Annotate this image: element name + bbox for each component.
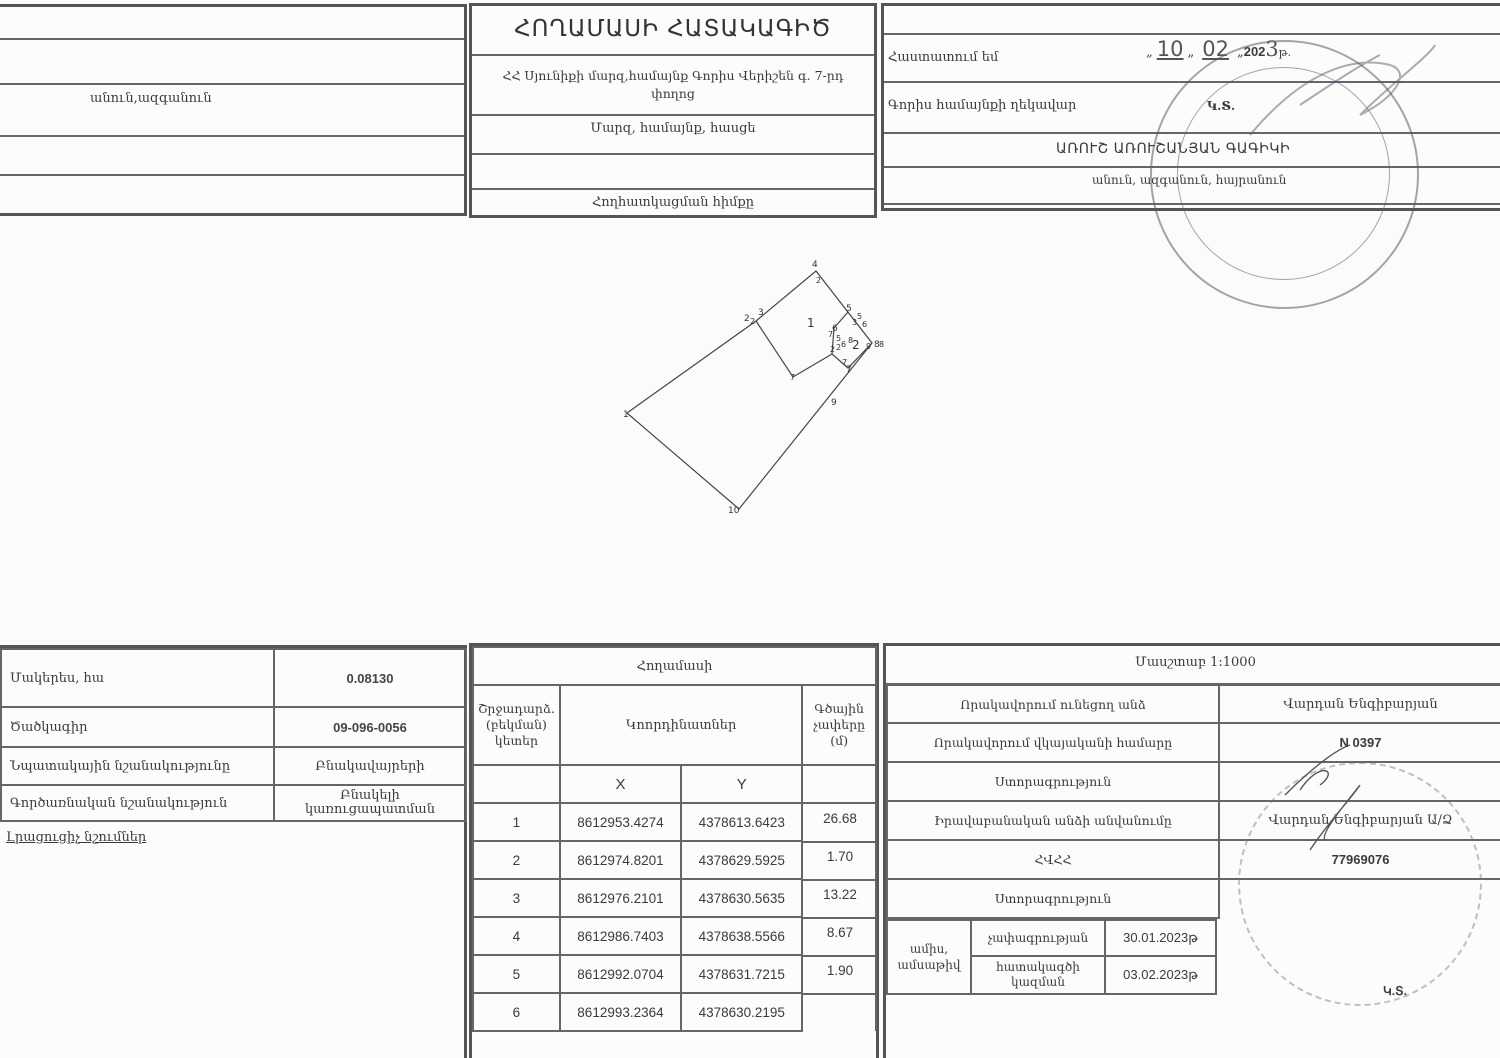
vertex-sub-label: 6 (841, 340, 846, 349)
plan-date: 03.02.2023թ (1105, 956, 1216, 994)
coord-y-cell: 4378630.5635 (681, 879, 802, 917)
cert-value: Վարդան Ենգիբարյան (1219, 685, 1500, 723)
col-x-header: X (560, 765, 681, 803)
table-row: Ստորագրություն (887, 879, 1500, 918)
seal-mark: Կ.Տ. (1207, 99, 1235, 113)
col-lengths-header: Գծային չափերը (մ) (802, 685, 876, 765)
coord-point-cell: 2 (473, 841, 560, 879)
coord-x-cell: 8612986.7403 (560, 917, 681, 955)
table-row: Ծածկագիր 09-096-0056 (1, 707, 466, 747)
table-row: Նպատակային նշանակությունը Բնակավայրերի (1, 747, 466, 785)
table-row: Որակավորում ունեցող անձՎարդան Ենգիբարյան (887, 685, 1500, 723)
parcel-plan: 1234567891012223567567892278 (600, 255, 910, 525)
divider (803, 917, 877, 919)
vertex-sub-label: 2 (816, 276, 821, 285)
parcel-number-label: 1 (807, 316, 815, 330)
head-label: Գորիս համայնքի ղեկավար (888, 98, 1076, 113)
vertex-sub-label: 9 (866, 342, 871, 351)
header-left-panel: անուն,ազգանուն (0, 4, 467, 216)
property-value: 0.08130 (274, 649, 466, 707)
point-label: 2 (744, 314, 750, 324)
vertex-sub-label: 2 (750, 317, 755, 326)
empty-cell (802, 765, 876, 803)
divider (884, 166, 1500, 168)
vertex-sub-label: 7 (790, 373, 795, 382)
divider (472, 188, 874, 190)
point-label: 3 (758, 308, 764, 318)
segment-length: 26.68 (803, 811, 877, 826)
date-group-label: ամիս, ամսաթիվ (887, 920, 971, 994)
segment-length: 13.22 (803, 887, 877, 902)
cert-label: ՀՎՀՀ (887, 840, 1219, 879)
certification-panel: Մասշտաբ 1:1000 Որակավորում ունեցող անձՎա… (883, 643, 1500, 1058)
dates-table: ամիս, ամսաթիվ չափագրության 30.01.2023թ հ… (886, 919, 1217, 995)
header-center-panel: ՀՈՂԱՄԱՍԻ ՀԱՏԱԿԱԳԻԾ ՀՀ Սյունիքի մարզ,համա… (469, 3, 877, 218)
properties-table: Մակերես, հա 0.08130 Ծածկագիր 09-096-0056… (0, 648, 467, 822)
property-label: Մակերես, հա (1, 649, 274, 707)
coord-x-cell: 8612993.2364 (560, 993, 681, 1031)
coord-y-cell: 4378613.6423 (681, 803, 802, 841)
point-label: 10 (728, 506, 740, 516)
divider (0, 174, 464, 176)
cert-label: Իրավաբանական անձի անվանումը (887, 801, 1219, 840)
segment-length: 1.70 (803, 849, 877, 864)
vertex-sub-label: 2 (836, 343, 841, 352)
parcel-outline (627, 271, 872, 509)
address-line-2: փողոց (472, 86, 874, 101)
divider (803, 955, 877, 957)
coord-y-cell: 4378630.2195 (681, 993, 802, 1031)
signature-icon (1240, 35, 1440, 155)
coord-x-cell: 8612992.0704 (560, 955, 681, 993)
property-value: Բնակելի կառուցապատման (274, 785, 466, 821)
col-coords-header: Կոորդինատներ (560, 685, 803, 765)
divider (472, 54, 874, 56)
divider (472, 153, 874, 155)
divider (884, 203, 1500, 205)
approve-day: 10 (1153, 37, 1188, 61)
divider (0, 135, 464, 137)
table-row: Որակավորում վկայականի համարըN 0397 (887, 723, 1500, 762)
table-row: Գործառնական նշանակություն Բնակելի կառուց… (1, 785, 466, 821)
vertex-sub-label: 6 (862, 320, 867, 329)
point-label: 1 (623, 410, 629, 420)
properties-panel: Մակերես, հա 0.08130 Ծածկագիր 09-096-0056… (0, 645, 467, 1058)
coord-point-cell: 6 (473, 993, 560, 1031)
empty-cell (473, 765, 560, 803)
coord-y-cell: 4378631.7215 (681, 955, 802, 993)
point-label: 4 (812, 260, 818, 270)
coord-point-cell: 4 (473, 917, 560, 955)
segment-length: 1.90 (803, 963, 877, 978)
notes-label: Լրացուցիչ նշումներ (6, 830, 146, 845)
length-spacer (802, 993, 876, 1031)
coord-point-cell: 3 (473, 879, 560, 917)
divider (803, 841, 877, 843)
survey-date: 30.01.2023թ (1105, 920, 1216, 956)
coordinates-panel: Հողամասի Շրջադարձ. (բեկման) կետեր Կոորդի… (469, 643, 879, 1058)
coord-point-cell: 5 (473, 955, 560, 993)
parcel-number-label: 2 (852, 338, 860, 352)
col-y-header: Y (681, 765, 802, 803)
coord-y-cell: 4378638.5566 (681, 917, 802, 955)
address-caption: Մարզ, համայնք, հասցե (472, 121, 874, 136)
segment-length: 8.67 (803, 925, 877, 940)
col-points-header: Շրջադարձ. (բեկման) կետեր (473, 685, 560, 765)
divider (0, 83, 464, 85)
property-label: Գործառնական նշանակություն (1, 785, 274, 821)
cert-label: Ստորագրություն (887, 762, 1219, 801)
point-label: 9 (831, 398, 837, 408)
name-caption: անուն, ազգանուն, հայրանուն (1092, 173, 1286, 187)
table-row: ՀՎՀՀ77969076 (887, 840, 1500, 879)
scale-label: Մասշտաբ 1:1000 (886, 655, 1500, 670)
parcel-inner-line (756, 321, 832, 377)
approve-month: 02 (1194, 37, 1237, 61)
coord-x-cell: 8612976.2101 (560, 879, 681, 917)
coord-x-cell: 8612953.4274 (560, 803, 681, 841)
vertex-sub-label: 2 (830, 345, 835, 354)
certification-table: Որակավորում ունեցող անձՎարդան Ենգիբարյան… (886, 684, 1500, 919)
basis-caption: Հողհատկացման հիմքը (472, 195, 874, 210)
cert-label: Որակավորում ունեցող անձ (887, 685, 1219, 723)
coord-y-cell: 4378629.5925 (681, 841, 802, 879)
property-value: 09-096-0056 (274, 707, 466, 747)
table-header-row: Շրջադարձ. (բեկման) կետեր Կոորդինատներ Գծ… (473, 685, 876, 765)
cert-label: Ստորագրություն (887, 879, 1219, 918)
address-line-1: ՀՀ Սյունիքի մարզ,համայնք Գորիս Վերիշեն գ… (472, 68, 874, 83)
point-label: 5 (846, 304, 852, 314)
divider (803, 879, 877, 881)
document-title: ՀՈՂԱՄԱՍԻ ՀԱՏԱԿԱԳԻԾ (472, 16, 874, 42)
divider (472, 114, 874, 116)
table-row: 68612993.23644378630.2195 (473, 993, 876, 1031)
divider (803, 993, 877, 995)
name-caption: անուն,ազգանուն (90, 91, 212, 106)
coordinates-title: Հողամասի (473, 647, 876, 685)
table-header-row: X Y (473, 765, 876, 803)
signature-icon (1280, 740, 1380, 860)
table-row: Ստորագրություն (887, 762, 1500, 801)
vertex-sub-label: 8 (879, 340, 884, 349)
plan-label: հատակագծի կազման (971, 956, 1105, 994)
property-label: Նպատակային նշանակությունը (1, 747, 274, 785)
vertex-sub-label: 7 (842, 358, 847, 367)
divider (0, 38, 464, 40)
coord-x-cell: 8612974.8201 (560, 841, 681, 879)
vertex-sub-label: 7 (828, 330, 833, 339)
cert-value (1219, 879, 1500, 918)
coord-point-cell: 1 (473, 803, 560, 841)
table-row: Մակերես, հա 0.08130 (1, 649, 466, 707)
table-row: Իրավաբանական անձի անվանումըՎարդան Ենգիբա… (887, 801, 1500, 840)
cert-label: Որակավորում վկայականի համարը (887, 723, 1219, 762)
table-header-row: Հողամասի (473, 647, 876, 685)
vertex-sub-label: 8 (848, 336, 853, 345)
seal-mark: Կ.Տ. (1383, 984, 1407, 998)
property-value: Բնակավայրերի (274, 747, 466, 785)
survey-label: չափագրության (971, 920, 1105, 956)
property-label: Ծածկագիր (1, 707, 274, 747)
table-row: ամիս, ամսաթիվ չափագրության 30.01.2023թ (887, 920, 1216, 956)
approve-label: Հաստատում եմ (888, 50, 998, 65)
